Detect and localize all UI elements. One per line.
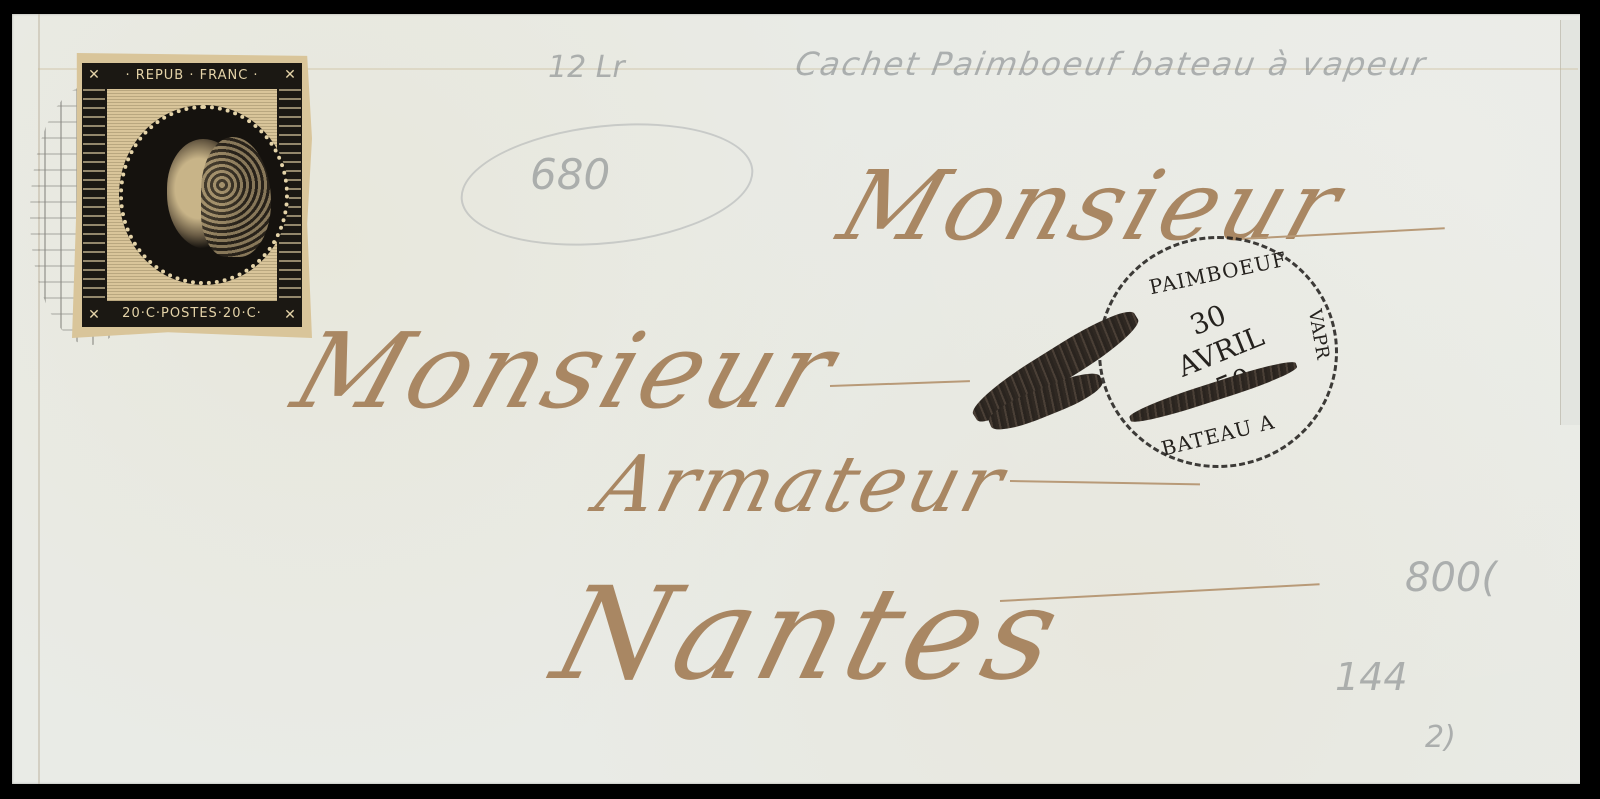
- pencil-note-circled: 680: [530, 150, 610, 199]
- stamp-greek-border: [83, 89, 105, 301]
- background-edge-right: [1580, 0, 1600, 799]
- stamp-top-inscription: · REPUB · FRANC ·: [107, 64, 277, 88]
- stamp-field: [107, 89, 277, 301]
- fold-line-left: [38, 14, 40, 784]
- stamp-corner-icon: ✕: [279, 64, 301, 86]
- stamp-frame: ✕ ✕ ✕ ✕ · REPUB · FRANC · 20·C·POSTES·20…: [82, 63, 302, 327]
- address-line-3-occupation: Armateur: [588, 440, 1015, 530]
- cachet-side-text: VAPR: [1304, 308, 1333, 361]
- pencil-note-subref: 2): [1425, 720, 1456, 755]
- address-line-4-city: Nantes: [540, 560, 1080, 709]
- paimboeuf-cachet: PAIMBOEUF 30 AVRIL 50 BATEAU A VAPR: [1098, 236, 1338, 468]
- stamp-corner-icon: ✕: [83, 64, 105, 86]
- stamp-corner-icon: ✕: [279, 304, 301, 326]
- pencil-note-reference: 144: [1335, 655, 1408, 699]
- ceres-stamp: ✕ ✕ ✕ ✕ · REPUB · FRANC · 20·C·POSTES·20…: [72, 53, 312, 338]
- background-edge: [0, 430, 12, 799]
- pencil-note-top-left: 12 Lr: [548, 50, 625, 85]
- stamp-corner-icon: ✕: [83, 304, 105, 326]
- stamp-bottom-inscription: 20·C·POSTES·20·C·: [107, 302, 277, 326]
- pencil-note-price: 800(: [1405, 555, 1497, 601]
- pencil-note-description: Cachet Paimboeuf bateau à vapeur: [793, 45, 1430, 83]
- stamp-medallion: [119, 105, 289, 285]
- address-line-1: Monsieur: [827, 150, 1358, 262]
- ceres-hair-icon: [201, 137, 271, 257]
- address-line-2: Monsieur: [280, 310, 853, 432]
